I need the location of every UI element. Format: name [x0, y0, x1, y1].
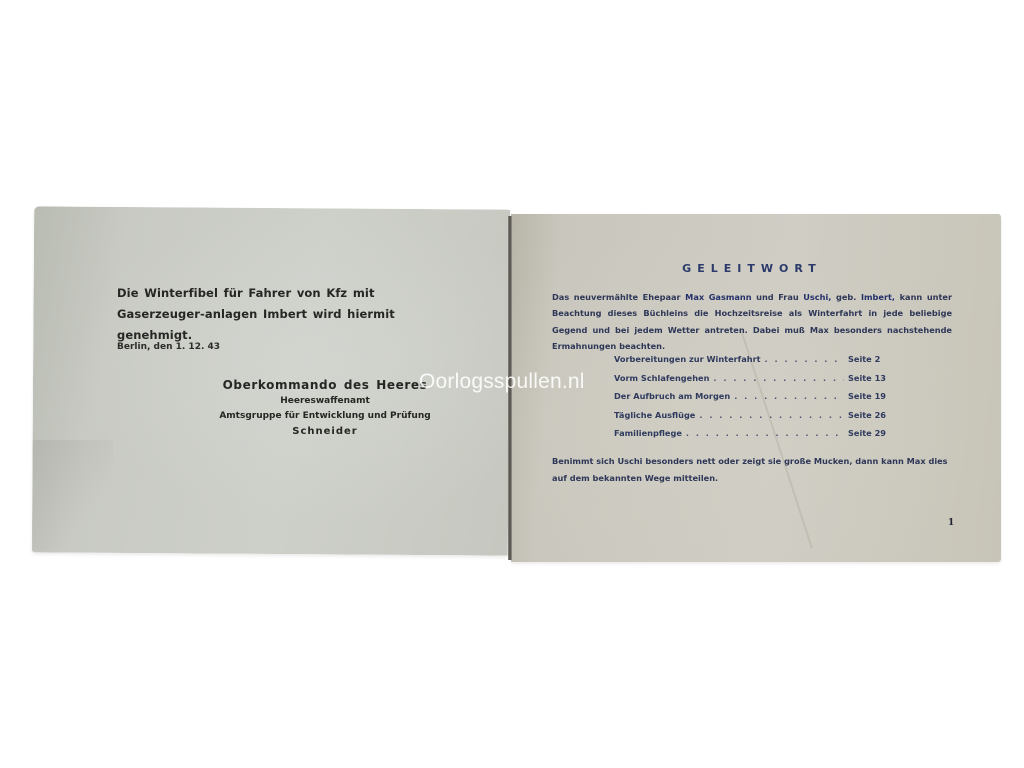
toc-entry-page: Seite 29	[848, 428, 886, 438]
authority-group: Amtsgruppe für Entwicklung und Prüfung	[215, 409, 435, 424]
toc-entry: Tägliche Ausflüge . . . . . . . . . . . …	[614, 410, 886, 429]
toc-leader: . . . . . . . . . . . . . . . . . . . . …	[686, 428, 844, 438]
toc-entry-title: Tägliche Ausflüge	[614, 410, 695, 420]
toc-entry-title: Familienpflege	[614, 428, 682, 438]
name-uschi: Uschi,	[803, 292, 831, 302]
toc-entry-page: Seite 13	[848, 373, 886, 383]
toc-entry-title: Der Aufbruch am Morgen	[614, 391, 730, 401]
toc-entry: Vorm Schlafengehen . . . . . . . . . . .…	[614, 373, 886, 392]
issuing-authority: Oberkommando des Heeres Heereswaffenamt …	[215, 376, 435, 439]
intro-text: und Frau	[752, 292, 804, 302]
authority-title: Oberkommando des Heeres	[215, 376, 435, 394]
toc-leader: . . . . . . . . . . . . . . . . . . . . …	[765, 354, 844, 364]
toc-entry-page: Seite 2	[848, 354, 886, 364]
authority-signature: Schneider	[215, 424, 435, 439]
authority-office: Heereswaffenamt	[215, 394, 435, 409]
foreword-intro: Das neuvermählte Ehepaar Max Gasmann und…	[552, 289, 952, 354]
toc-entry-title: Vorm Schlafengehen	[614, 373, 709, 383]
name-imbert: Imbert,	[861, 292, 895, 302]
watermark: Oorlogsspullen.nl	[419, 370, 585, 394]
toc-leader: . . . . . . . . . . . . . . . . . . . . …	[699, 410, 844, 420]
toc-entry: Der Aufbruch am Morgen . . . . . . . . .…	[614, 391, 886, 410]
toc-leader: . . . . . . . . . . . . . . . . . . . . …	[734, 391, 844, 401]
name-max: Max Gasmann	[685, 292, 751, 302]
toc-entry: Familienpflege . . . . . . . . . . . . .…	[614, 428, 886, 447]
page-number: 1	[948, 518, 954, 528]
toc-leader: . . . . . . . . . . . . . . . . . . . . …	[713, 373, 844, 383]
toc-entry: Vorbereitungen zur Winterfahrt . . . . .…	[614, 354, 886, 373]
foreword-closing: Benimmt sich Uschi besonders nett oder z…	[552, 453, 952, 487]
open-booklet: Die Winterfibel für Fahrer von Kfz mit G…	[0, 0, 1024, 768]
toc-entry-page: Seite 26	[848, 410, 886, 420]
intro-text: Das neuvermählte Ehepaar	[552, 292, 685, 302]
toc-entry-title: Vorbereitungen zur Winterfahrt	[614, 354, 761, 364]
dateline: Berlin, den 1. 12. 43	[117, 342, 220, 352]
intro-text: geb.	[831, 292, 861, 302]
foreword-heading: GELEITWORT	[652, 262, 852, 275]
toc-entry-page: Seite 19	[848, 391, 886, 401]
approval-statement: Die Winterfibel für Fahrer von Kfz mit G…	[117, 283, 447, 346]
left-page-fold-shadow	[33, 440, 113, 550]
table-of-contents: Vorbereitungen zur Winterfahrt . . . . .…	[614, 354, 886, 447]
